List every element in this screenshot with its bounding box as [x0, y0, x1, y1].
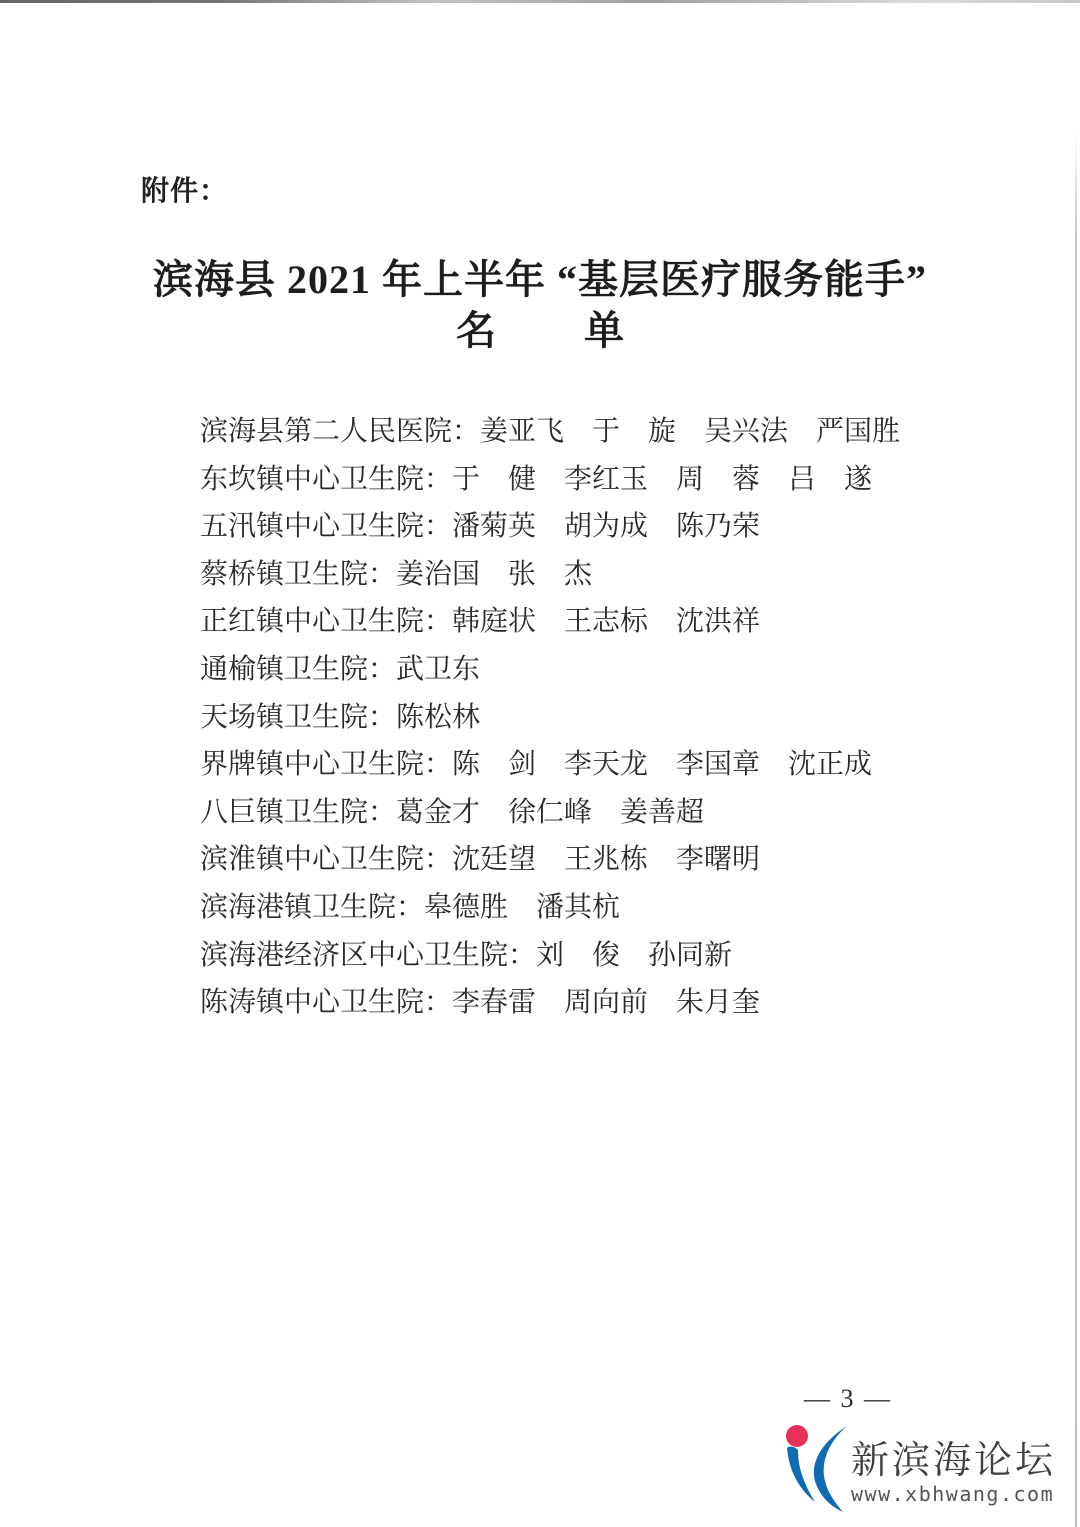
site-watermark: 新滨海论坛 www.xbhwang.com	[783, 1420, 1056, 1512]
roster-line: 五汛镇中心卫生院：潘菊英 胡为成 陈乃荣	[200, 503, 900, 551]
logo-red-dot	[786, 1425, 808, 1447]
document-title-line2: 名 单	[0, 307, 1080, 355]
logo-blue-swoosh-large	[814, 1426, 847, 1512]
document-page: 附件： 滨海县 2021 年上半年 “基层医疗服务能手” 名 单 滨海县第二人民…	[0, 0, 1080, 1527]
site-url: www.xbhwang.com	[851, 1483, 1056, 1505]
title-char-left: 名	[456, 307, 496, 355]
page-number: — 3 —	[804, 1384, 892, 1414]
roster-list: 滨海县第二人民医院：姜亚飞 于 旋 吴兴法 严国胜 东坎镇中心卫生院：于 健 李…	[200, 408, 900, 1027]
roster-line: 滨海县第二人民医院：姜亚飞 于 旋 吴兴法 严国胜	[200, 408, 900, 456]
roster-line: 滨海港经济区中心卫生院：刘 俊 孙同新	[200, 932, 900, 980]
scan-edge-top	[0, 0, 1080, 3]
roster-line: 蔡桥镇卫生院：姜治国 张 杰	[200, 551, 900, 599]
logo-blue-swoosh-small	[787, 1447, 815, 1502]
watermark-text: 新滨海论坛 www.xbhwang.com	[851, 1441, 1056, 1505]
roster-line: 东坎镇中心卫生院：于 健 李红玉 周 蓉 吕 遂	[200, 456, 900, 504]
title-char-right: 单	[584, 307, 624, 355]
roster-line: 界牌镇中心卫生院：陈 剑 李天龙 李国章 沈正成	[200, 741, 900, 789]
roster-line: 正红镇中心卫生院：韩庭状 王志标 沈洪祥	[200, 598, 900, 646]
document-title-line1: 滨海县 2021 年上半年 “基层医疗服务能手”	[0, 256, 1080, 304]
attachment-label: 附件：	[141, 174, 228, 208]
roster-line: 陈涛镇中心卫生院：李春雷 周向前 朱月奎	[200, 979, 900, 1027]
roster-line: 八巨镇卫生院：葛金才 徐仁峰 姜善超	[200, 789, 900, 837]
roster-line: 通榆镇卫生院：武卫东	[200, 646, 900, 694]
roster-line: 滨海港镇卫生院：皋德胜 潘其杭	[200, 884, 900, 932]
roster-line: 天场镇卫生院：陈松林	[200, 694, 900, 742]
site-name: 新滨海论坛	[851, 1441, 1056, 1481]
roster-line: 滨淮镇中心卫生院：沈廷望 王兆栋 李曙明	[200, 836, 900, 884]
forum-logo-icon	[783, 1420, 853, 1512]
